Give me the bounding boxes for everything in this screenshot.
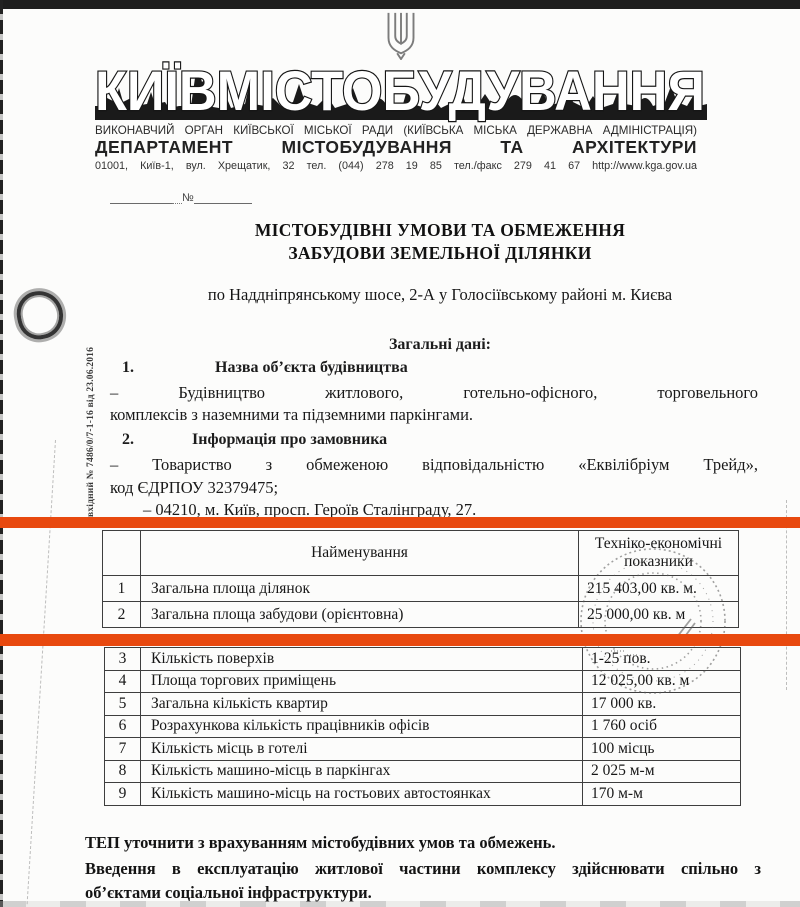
note-line-1: ТЕП уточнити з врахуванням містобудівних… — [85, 833, 556, 853]
table-header-row: Найменування Техніко-економічні показник… — [103, 531, 739, 576]
row-2-value: 25 000,00 кв. м — [579, 602, 739, 628]
row-1-num: 1 — [103, 576, 141, 602]
table-row: 8 Кількість машино-місць в паркінгах 2 0… — [105, 760, 741, 783]
row-4-name: Площа торгових приміщень — [141, 670, 583, 693]
table-row: 7 Кількість місць в готелі 100 місць — [105, 738, 741, 761]
indicators-table-bottom: 3 Кількість поверхів 1-25 пов. 4 Площа т… — [104, 647, 741, 806]
row-9-name: Кількість машино-місць на гостьових авто… — [141, 783, 583, 806]
row-5-name: Загальна кількість квартир — [141, 693, 583, 716]
row-9-value: 170 м-м — [583, 783, 741, 806]
table-row: 4 Площа торгових приміщень 12 025,00 кв.… — [105, 670, 741, 693]
kyivmistobuduvannya-logo: КИЇВМІСТОБУДУВАННЯ — [95, 57, 707, 123]
row-4-value: 12 025,00 кв. м — [583, 670, 741, 693]
section-heading: Загальні дані: — [130, 336, 750, 354]
row-8-value: 2 025 м-м — [583, 760, 741, 783]
title-line-2: ЗАБУДОВИ ЗЕМЕЛЬНОЇ ДІЛЯНКИ — [130, 242, 750, 265]
site-address: по Наддніпрянському шосе, 2-А у Голосіїв… — [130, 285, 750, 305]
header-name-cell: Найменування — [141, 531, 579, 576]
note-line-3: об’єктами соціальної інфраструктури. — [85, 883, 372, 903]
blank-gap — [172, 192, 182, 204]
item-1-number: 1. — [122, 359, 134, 377]
scanned-document-page: КИЇВМІСТОБУДУВАННЯ ВИКОНАВЧИЙ ОРГАН КИЇВ… — [0, 0, 800, 907]
scan-top-edge — [0, 0, 800, 9]
row-2-name: Загальна площа забудови (орієнтовна) — [141, 602, 579, 628]
item-2-number: 2. — [122, 431, 134, 449]
table-row: 5 Загальна кількість квартир 17 000 кв. — [105, 693, 741, 716]
item-2-text-line-2: код ЄДРПОУ 32379475; — [110, 478, 278, 498]
row-8-num: 8 — [105, 760, 141, 783]
row-2-num: 2 — [103, 602, 141, 628]
highlight-bar-bottom — [0, 634, 800, 646]
row-3-value: 1-25 пов. — [583, 648, 741, 671]
org-line: ВИКОНАВЧИЙ ОРГАН КИЇВСЬКОЇ МІСЬКОЇ РАДИ … — [95, 124, 697, 137]
number-blank-line — [194, 192, 252, 204]
row-5-num: 5 — [105, 693, 141, 716]
ukraine-trident-emblem-icon — [383, 10, 419, 60]
department-line: ДЕПАРТАМЕНТ МІСТОБУДУВАННЯ ТА АРХІТЕКТУР… — [95, 137, 697, 158]
table-row: 9 Кількість машино-місць на гостьових ав… — [105, 783, 741, 806]
table-row: 3 Кількість поверхів 1-25 пов. — [105, 648, 741, 671]
row-1-value: 215 403,00 кв. м. — [579, 576, 739, 602]
paper-fold-line-right — [786, 500, 787, 690]
scan-left-edge — [0, 0, 3, 907]
row-3-num: 3 — [105, 648, 141, 671]
item-2-heading: Інформація про замовника — [192, 431, 387, 449]
row-4-num: 4 — [105, 670, 141, 693]
header-value-line-1: Техніко-економічні — [583, 535, 734, 553]
number-label: № — [182, 192, 194, 204]
header-num-cell — [103, 531, 141, 576]
hole-punch-mark — [13, 287, 68, 344]
table-row: 1 Загальна площа ділянок 215 403,00 кв. … — [103, 576, 739, 602]
table-row: 6 Розрахункова кількість працівників офі… — [105, 715, 741, 738]
row-6-value: 1 760 осіб — [583, 715, 741, 738]
item-1-text-line-1: – Будівництво житлового, готельно-офісно… — [110, 383, 758, 403]
row-7-name: Кількість місць в готелі — [141, 738, 583, 761]
note-line-2: Введення в експлуатацію житлової частини… — [85, 859, 761, 879]
date-blank-line — [110, 192, 172, 204]
item-2-text-line-1: – Товариство з обмеженою відповідальніст… — [110, 455, 758, 475]
row-3-name: Кількість поверхів — [141, 648, 583, 671]
row-5-value: 17 000 кв. — [583, 693, 741, 716]
paper-fold-line-left — [27, 440, 56, 904]
table-row: 2 Загальна площа забудови (орієнтовна) 2… — [103, 602, 739, 628]
highlight-bar-top — [0, 517, 800, 528]
row-7-num: 7 — [105, 738, 141, 761]
row-1-name: Загальна площа ділянок — [141, 576, 579, 602]
item-1-heading: Назва об’єкта будівництва — [215, 359, 408, 377]
title-line-1: МІСТОБУДІВНІ УМОВИ ТА ОБМЕЖЕННЯ — [130, 219, 750, 242]
row-6-num: 6 — [105, 715, 141, 738]
row-6-name: Розрахункова кількість працівників офісі… — [141, 715, 583, 738]
item-1-text-line-2: комплексів з наземними та підземними пар… — [110, 405, 473, 425]
header-value-line-2: показники — [583, 553, 734, 571]
received-stamp-note: вхідний № 7486/0/7-1-16 від 23.06.2016 — [86, 345, 99, 517]
logo-skyline-graphic: КИЇВМІСТОБУДУВАННЯ — [95, 57, 707, 123]
header-value-cell: Техніко-економічні показники — [579, 531, 739, 576]
row-9-num: 9 — [105, 783, 141, 806]
indicators-table-top: Найменування Техніко-економічні показник… — [102, 530, 739, 628]
document-title: МІСТОБУДІВНІ УМОВИ ТА ОБМЕЖЕННЯ ЗАБУДОВИ… — [130, 219, 750, 265]
document-number-line: № — [110, 190, 252, 204]
contact-line: 01001, Київ-1, вул. Хрещатик, 32 тел. (0… — [95, 160, 697, 172]
row-8-name: Кількість машино-місць в паркінгах — [141, 760, 583, 783]
logo-text: КИЇВМІСТОБУДУВАННЯ — [95, 59, 705, 122]
row-7-value: 100 місць — [583, 738, 741, 761]
